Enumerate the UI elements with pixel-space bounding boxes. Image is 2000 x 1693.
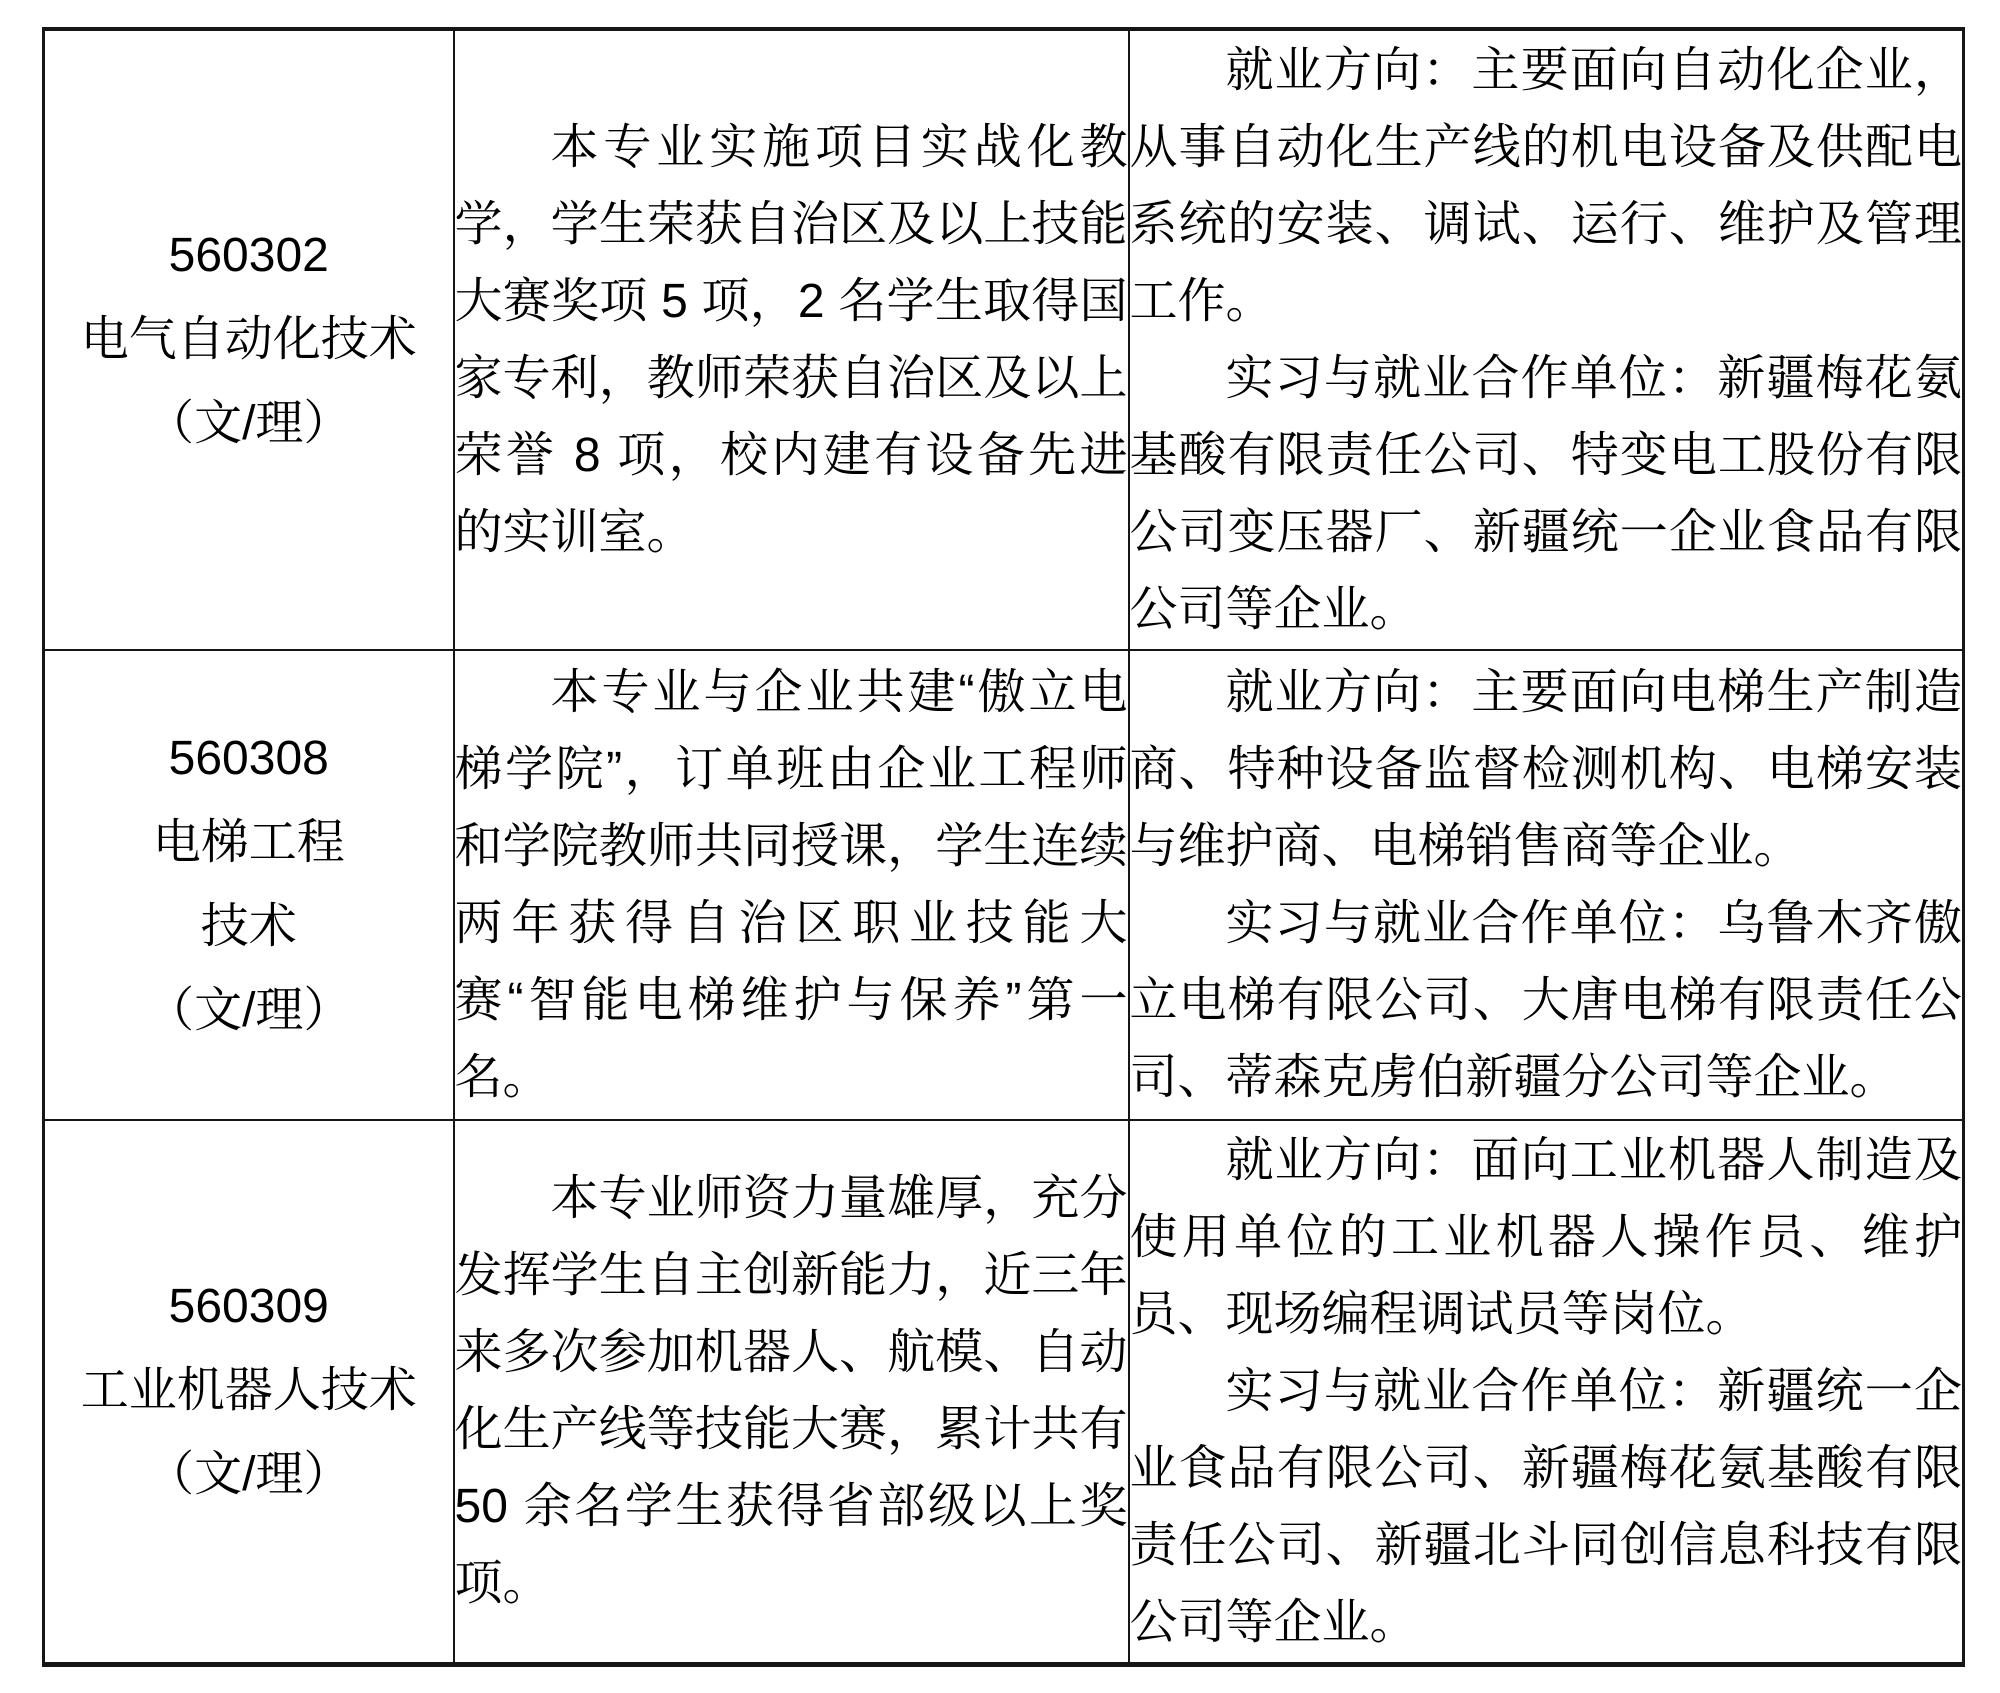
program-track: （文/理） — [45, 1433, 453, 1517]
program-name: 工业机器人技术 — [45, 1349, 453, 1433]
program-name-cont: 技术 — [45, 885, 453, 969]
table-row: 560309 工业机器人技术 （文/理） 本专业师资力量雄厚，充分发挥学生自主创… — [44, 1120, 1964, 1664]
intro-paragraph: 本专业与企业共建“傲立电梯学院”，订单班由企业工程师和学院教师共同授课，学生连续… — [455, 654, 1128, 1116]
program-cell: 560308 电梯工程 技术 （文/理） — [44, 650, 454, 1120]
employment-partners-paragraph: 实习与就业合作单位：新疆梅花氨基酸有限责任公司、特变电工股份有限公司变压器厂、新… — [1130, 340, 1963, 648]
employment-cell: 就业方向：主要面向电梯生产制造商、特种设备监督检测机构、电梯安装与维护商、电梯销… — [1129, 650, 1964, 1120]
intro-paragraph: 本专业师资力量雄厚，充分发挥学生自主创新能力，近三年来多次参加机器人、航模、自动… — [455, 1160, 1128, 1622]
program-track: （文/理） — [45, 969, 453, 1053]
program-cell: 560309 工业机器人技术 （文/理） — [44, 1120, 454, 1664]
document-page: 560302 电气自动化技术 （文/理） 本专业实施项目实战化教学，学生荣获自治… — [0, 0, 2000, 1693]
employment-direction-paragraph: 就业方向：主要面向电梯生产制造商、特种设备监督检测机构、电梯安装与维护商、电梯销… — [1130, 654, 1963, 885]
program-code: 560302 — [45, 214, 453, 298]
table-row: 560302 电气自动化技术 （文/理） 本专业实施项目实战化教学，学生荣获自治… — [44, 29, 1964, 650]
intro-cell: 本专业师资力量雄厚，充分发挥学生自主创新能力，近三年来多次参加机器人、航模、自动… — [454, 1120, 1129, 1664]
employment-cell: 就业方向：主要面向自动化企业，从事自动化生产线的机电设备及供配电系统的安装、调试… — [1129, 29, 1964, 650]
program-code: 560308 — [45, 717, 453, 801]
employment-partners-paragraph: 实习与就业合作单位：乌鲁木齐傲立电梯有限公司、大唐电梯有限责任公司、蒂森克虏伯新… — [1130, 885, 1963, 1116]
employment-direction-paragraph: 就业方向：面向工业机器人制造及使用单位的工业机器人操作员、维护员、现场编程调试员… — [1130, 1122, 1963, 1353]
intro-paragraph: 本专业实施项目实战化教学，学生荣获自治区及以上技能大赛奖项 5 项，2 名学生取… — [455, 109, 1128, 571]
program-name: 电气自动化技术 — [45, 298, 453, 382]
table-row: 560308 电梯工程 技术 （文/理） 本专业与企业共建“傲立电梯学院”，订单… — [44, 650, 1964, 1120]
programs-table: 560302 电气自动化技术 （文/理） 本专业实施项目实战化教学，学生荣获自治… — [42, 27, 1965, 1667]
intro-cell: 本专业与企业共建“傲立电梯学院”，订单班由企业工程师和学院教师共同授课，学生连续… — [454, 650, 1129, 1120]
program-code: 560309 — [45, 1265, 453, 1349]
employment-partners-paragraph: 实习与就业合作单位：新疆统一企业食品有限公司、新疆梅花氨基酸有限责任公司、新疆北… — [1130, 1353, 1963, 1661]
program-cell: 560302 电气自动化技术 （文/理） — [44, 29, 454, 650]
program-name: 电梯工程 — [45, 801, 453, 885]
employment-cell: 就业方向：面向工业机器人制造及使用单位的工业机器人操作员、维护员、现场编程调试员… — [1129, 1120, 1964, 1664]
employment-direction-paragraph: 就业方向：主要面向自动化企业，从事自动化生产线的机电设备及供配电系统的安装、调试… — [1130, 32, 1963, 340]
intro-cell: 本专业实施项目实战化教学，学生荣获自治区及以上技能大赛奖项 5 项，2 名学生取… — [454, 29, 1129, 650]
program-track: （文/理） — [45, 382, 453, 466]
